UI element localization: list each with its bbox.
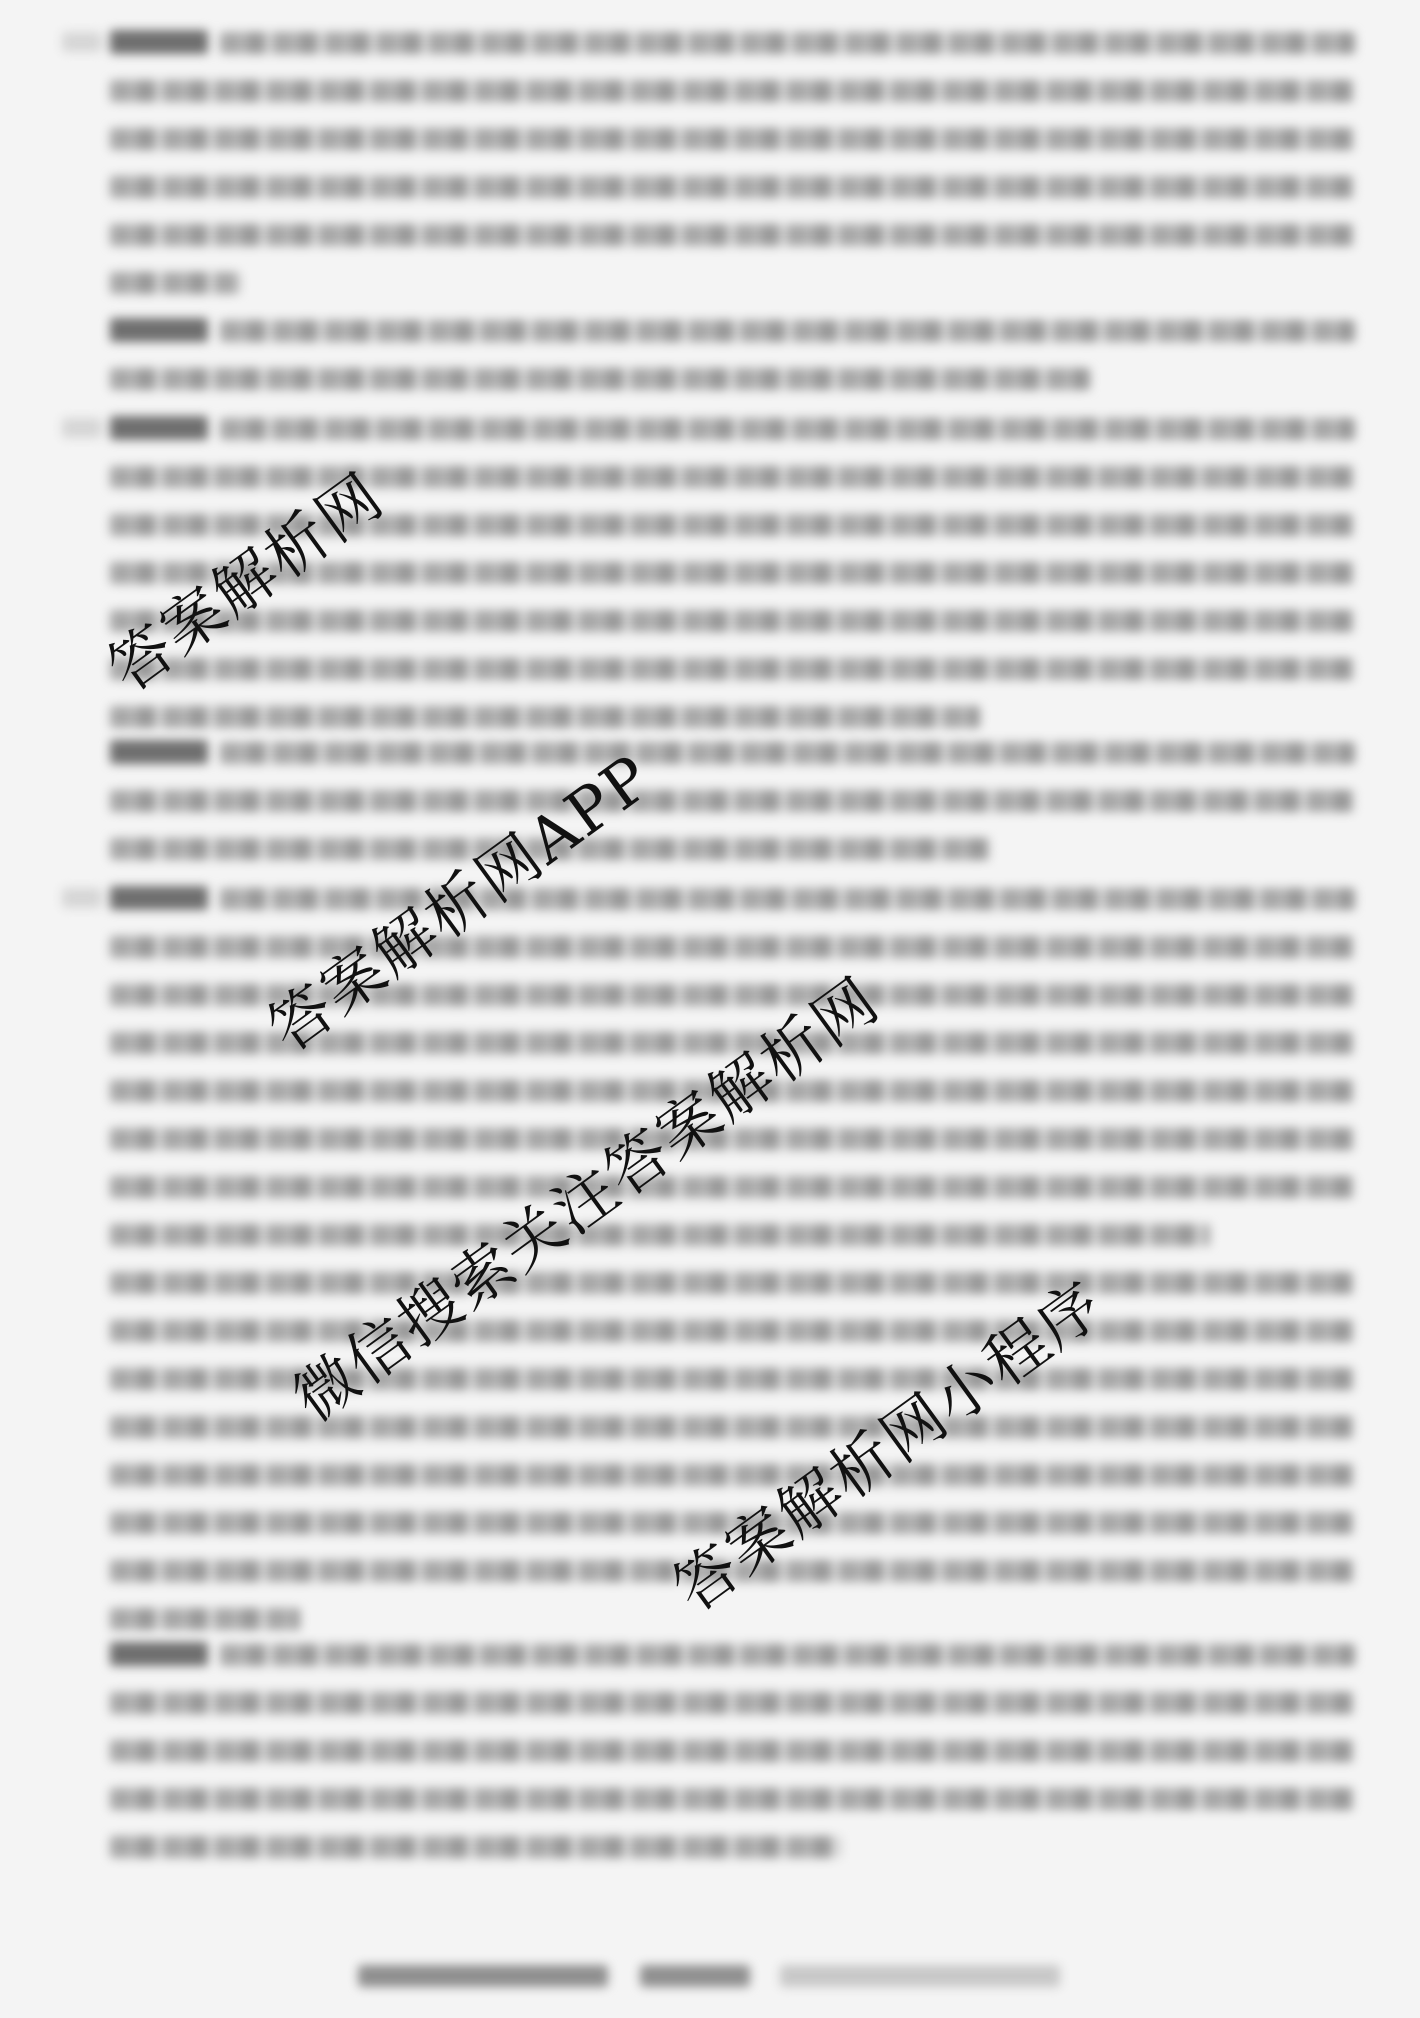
blurred-body-text [0,0,1420,2018]
analysis-tag [110,1642,208,1666]
text-line [220,742,1355,764]
text-line [110,272,240,294]
text-line [110,80,1355,102]
text-line [110,1740,1355,1762]
text-line [110,128,1355,150]
question-number [62,418,102,438]
text-line [110,1608,300,1630]
answer-tag [110,416,208,440]
text-line [220,888,1355,910]
footer-label [640,1965,750,1987]
text-line [220,320,1355,342]
answer-tag [110,30,208,54]
text-line [220,32,1355,54]
text-line [220,1644,1355,1666]
text-line [110,706,980,728]
footer-page-number [780,1965,1060,1987]
text-line [220,418,1355,440]
text-line [110,1224,1210,1246]
text-line [110,1320,1355,1342]
text-line [110,1788,1355,1810]
text-line [110,466,1355,488]
text-line [110,1176,1355,1198]
document-page: 答案解析网 答案解析网APP 微信搜索关注答案解析网 答案解析网小程序 [0,0,1420,2018]
text-line [110,224,1355,246]
question-number [62,888,102,908]
text-line [110,610,1355,632]
text-line [110,1464,1355,1486]
text-line [110,1836,840,1858]
text-line [110,936,1355,958]
text-line [110,1272,1355,1294]
text-line [110,368,1090,390]
answer-tag [110,886,208,910]
text-line [110,790,1355,812]
text-line [110,1692,1355,1714]
text-line [110,658,1355,680]
text-line [110,176,1355,198]
text-line [110,1416,1355,1438]
question-number [62,32,102,52]
analysis-tag [110,318,208,342]
footer-title [358,1965,608,1987]
analysis-tag [110,740,208,764]
